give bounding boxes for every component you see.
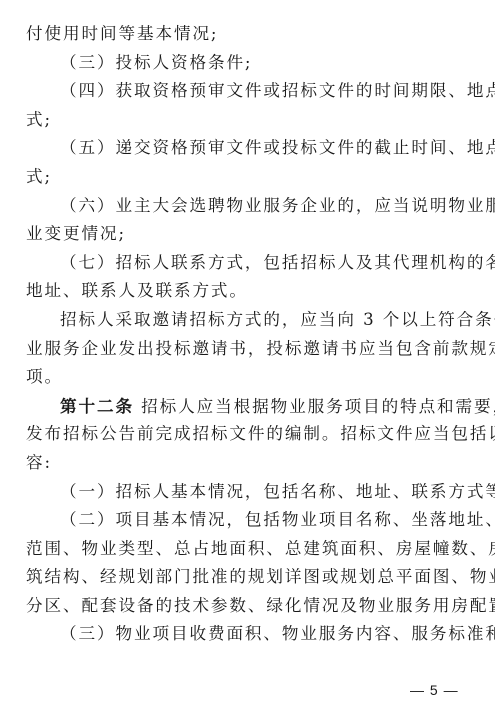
article-text: 招标人应当根据物业服务项目的特点和需要，在 xyxy=(134,397,495,416)
list-item-7: （七）招标人联系方式，包括招标人及其代理机构的名称、 xyxy=(26,249,466,278)
list-item-1: （一）招标人基本情况，包括名称、地址、联系方式等; xyxy=(26,478,466,507)
text-line: 付使用时间等基本情况; xyxy=(26,20,466,49)
article-heading: 第十二条 xyxy=(60,396,134,416)
list-item-5: （五）递交资格预审文件或投标文件的截止时间、地点、方 xyxy=(26,134,466,163)
text-line: 业变更情况; xyxy=(26,220,466,249)
list-item-6: （六）业主大会选聘物业服务企业的，应当说明物业服务企 xyxy=(26,192,466,221)
text-line: 式; xyxy=(26,106,466,135)
text-line: 式; xyxy=(26,163,466,192)
text-line: 发布招标公告前完成招标文件的编制。招标文件应当包括以下内 xyxy=(26,420,466,449)
text-line: 分区、配套设备的技术参数、绿化情况及物业服务用房配置等; xyxy=(26,592,466,621)
list-item-4: （四）获取资格预审文件或招标文件的时间期限、地点、方 xyxy=(26,77,466,106)
text-line: 容: xyxy=(26,449,466,478)
paragraph-start: 招标人采取邀请招标方式的，应当向 3 个以上符合条件的物 xyxy=(26,306,466,335)
text-line: 范围、物业类型、总占地面积、总建筑面积、房屋幢数、房屋建 xyxy=(26,535,466,564)
text-line: 地址、联系人及联系方式。 xyxy=(26,277,466,306)
document-page: 付使用时间等基本情况; （三）投标人资格条件; （四）获取资格预审文件或招标文件… xyxy=(26,20,466,649)
text-line: 项。 xyxy=(26,363,466,392)
list-item-3b: （三）物业项目收费面积、物业服务内容、服务标准和服务 xyxy=(26,620,466,649)
text-line: 业服务企业发出投标邀请书，投标邀请书应当包含前款规定事 xyxy=(26,335,466,364)
list-item-2: （二）项目基本情况，包括物业项目名称、坐落地址、四至 xyxy=(26,506,466,535)
article-12-line: 第十二条 招标人应当根据物业服务项目的特点和需要，在 xyxy=(26,392,466,421)
list-item-3: （三）投标人资格条件; xyxy=(26,49,466,78)
text-line: 筑结构、经规划部门批准的规划详图或规划总平面图、物业功能 xyxy=(26,563,466,592)
page-number: — 5 — xyxy=(410,682,459,698)
